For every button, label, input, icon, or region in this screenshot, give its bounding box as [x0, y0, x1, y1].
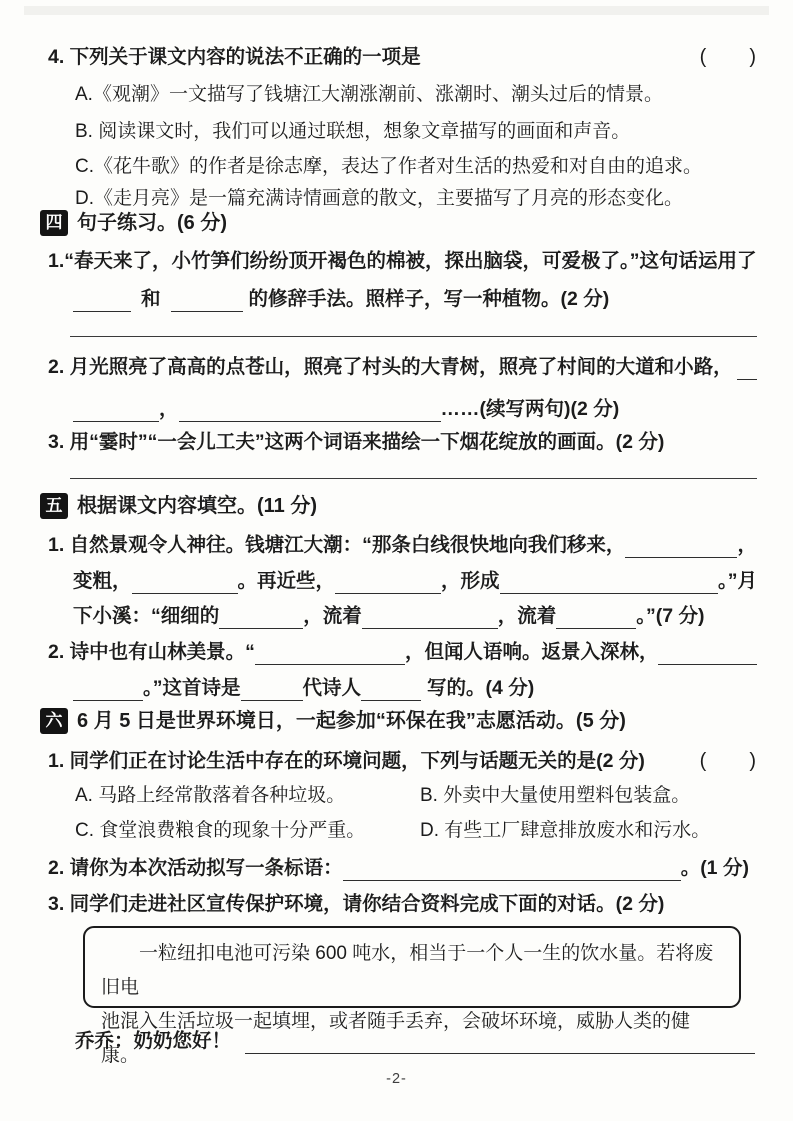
answer-blank [556, 625, 636, 629]
sec6-q1-options-row2: C. 食堂浪费粮食的现象十分严重。 D. 有些工厂肆意排放废水和污水。 [75, 818, 710, 844]
answer-line [70, 320, 757, 337]
dialog-line: 乔乔：奶奶您好！ [75, 1028, 755, 1054]
sec6-option-a: A. 马路上经常散落着各种垃圾。 [75, 783, 420, 809]
sec5-q1-j: 。”(7 分) [636, 603, 704, 629]
sec4-q1-tail: 的修辞手法。照样子，写一种植物。(2 分) [249, 286, 610, 312]
section-six-badge: 六 [40, 708, 68, 734]
sec5-q2-b: ，但闻人语响。返景入深林， [405, 639, 659, 665]
sec5-q1-f: 。”月 [718, 568, 757, 594]
question-4-option-b: B. 阅读课文时，我们可以通过联想，想象文章描写的画面和声音。 [75, 119, 630, 145]
sec4-q2-tail: ……(续写两句)(2 分) [441, 396, 620, 422]
section-six-title: 6 月 5 日是世界环境日，一起参加“环保在我”志愿活动。(5 分) [77, 708, 626, 734]
sec4-q3-text: 3. 用“霎时”“一会儿工夫”这两个词语来描绘一下烟花绽放的画面。(2 分) [48, 429, 664, 455]
scan-artifact [24, 6, 769, 15]
sec5-q1-g: 下小溪：“细细的 [73, 603, 219, 629]
answer-line [70, 462, 757, 479]
section-four-header: 四 句子练习。(6 分) [40, 210, 227, 236]
section-six-header: 六 6 月 5 日是世界环境日，一起参加“环保在我”志愿活动。(5 分) [40, 708, 626, 734]
answer-blank [361, 697, 421, 701]
sec6-q2-tail: 。(1 分) [681, 855, 749, 881]
page-footer: -2- [0, 1066, 793, 1092]
answer-blank [73, 418, 159, 422]
info-box: 一粒纽扣电池可污染 600 吨水，相当于一个人一生的饮水量。若将废旧电 池混入生… [83, 926, 741, 1008]
sec6-option-b: B. 外卖中大量使用塑料包装盒。 [420, 783, 690, 809]
answer-blank [171, 308, 243, 312]
sec6-option-d: D. 有些工厂肆意排放废水和污水。 [420, 818, 710, 844]
test-paper-page: 4. 下列关于课文内容的说法不正确的一项是 ( ) A.《观潮》一文描写了钱塘江… [0, 0, 793, 1121]
answer-blank [343, 877, 681, 881]
sec5-q1-c: 变粗， [73, 568, 132, 594]
section-five-header: 五 根据课文内容填空。(11 分) [40, 493, 317, 519]
sec6-q2-stem: 2. 请你为本次活动拟写一条标语： [48, 855, 343, 881]
answer-blank [73, 697, 143, 701]
sec6-q3-stem: 3. 同学们走进社区宣传保护环境，请你结合资料完成下面的对话。(2 分) [48, 891, 664, 917]
answer-brackets: ( ) [700, 748, 757, 774]
sec5-q1-h: ，流着 [303, 603, 362, 629]
sec5-q1-b: ， [737, 532, 757, 558]
question-4: 4. 下列关于课文内容的说法不正确的一项是 ( ) [48, 44, 757, 70]
answer-blank [335, 590, 441, 594]
sec6-option-c: C. 食堂浪费粮食的现象十分严重。 [75, 818, 420, 844]
sec4-q2-text: 2. 月光照亮了高高的点苍山，照亮了村头的大青树，照亮了村间的大道和小路， [48, 354, 733, 380]
sec6-q1-stem: 1. 同学们正在讨论生活中存在的环境问题，下列与话题无关的是(2 分) [48, 748, 645, 774]
sec5-q1-a: 1. 自然景观令人神往。钱塘江大潮：“那条白线很快地向我们移来， [48, 532, 625, 558]
sec5-q1-line1: 1. 自然景观令人神往。钱塘江大潮：“那条白线很快地向我们移来， ， [48, 532, 757, 558]
answer-blank [179, 418, 441, 422]
question-4-stem: 4. 下列关于课文内容的说法不正确的一项是 [48, 44, 421, 70]
section-four-title: 句子练习。(6 分) [77, 210, 227, 236]
sec5-q2-c: 。”这首诗是 [143, 675, 241, 701]
section-five-title: 根据课文内容填空。(11 分) [77, 493, 317, 519]
page-number: -2- [386, 1066, 407, 1092]
answer-blank [362, 625, 498, 629]
sec6-q3: 3. 同学们走进社区宣传保护环境，请你结合资料完成下面的对话。(2 分) [48, 891, 664, 917]
sec5-q2-a: 2. 诗中也有山林美景。“ [48, 639, 255, 665]
sec5-q1-e: ，形成 [441, 568, 500, 594]
sec5-q2-line1: 2. 诗中也有山林美景。“ ，但闻人语响。返景入深林， [48, 639, 757, 665]
question-4-option-a: A.《观潮》一文描写了钱塘江大潮涨潮前、涨潮时、潮头过后的情景。 [75, 82, 663, 108]
sec5-q1-line3: 下小溪：“细细的 ，流着 ，流着 。”(7 分) [73, 603, 705, 629]
sec4-q1-line1: 1.“春天来了，小竹笋们纷纷顶开褐色的棉被，探出脑袋，可爱极了。”这句话运用了 [48, 248, 757, 274]
answer-blank [132, 590, 238, 594]
answer-brackets: ( ) [700, 44, 757, 70]
dialog-speaker: 乔乔：奶奶您好！ [75, 1028, 231, 1054]
answer-blank [625, 554, 737, 558]
sec6-q1: 1. 同学们正在讨论生活中存在的环境问题，下列与话题无关的是(2 分) ( ) [48, 748, 757, 774]
answer-blank [219, 625, 303, 629]
sec4-q1-text: 1.“春天来了，小竹笋们纷纷顶开褐色的棉被，探出脑袋，可爱极了。”这句话运用了 [48, 248, 757, 274]
option-d-text: D.《走月亮》是一篇充满诗情画意的散文，主要描写了月亮的形态变化。 [75, 186, 683, 212]
answer-blank [658, 661, 757, 665]
sec4-q2-comma: ， [159, 396, 179, 422]
sec4-q3: 3. 用“霎时”“一会儿工夫”这两个词语来描绘一下烟花绽放的画面。(2 分) [48, 429, 664, 455]
question-4-option-d: D.《走月亮》是一篇充满诗情画意的散文，主要描写了月亮的形态变化。 [75, 186, 683, 212]
option-b-text: B. 阅读课文时，我们可以通过联想，想象文章描写的画面和声音。 [75, 119, 630, 145]
answer-blank [245, 1050, 755, 1054]
sec5-q1-i: ，流着 [498, 603, 557, 629]
option-a-text: A.《观潮》一文描写了钱塘江大潮涨潮前、涨潮时、潮头过后的情景。 [75, 82, 663, 108]
question-4-option-c: C.《花牛歌》的作者是徐志摩，表达了作者对生活的热爱和对自由的追求。 [75, 154, 702, 180]
answer-blank [73, 308, 131, 312]
answer-blank [255, 661, 405, 665]
sec6-q1-options-row1: A. 马路上经常散落着各种垃圾。 B. 外卖中大量使用塑料包装盒。 [75, 783, 690, 809]
sec5-q2-e: 写的。(4 分) [427, 675, 534, 701]
option-c-text: C.《花牛歌》的作者是徐志摩，表达了作者对生活的热爱和对自由的追求。 [75, 154, 702, 180]
sec5-q2-line2: 。”这首诗是 代诗人 写的。(4 分) [73, 675, 534, 701]
sec4-q1-and: 和 [141, 286, 161, 312]
sec5-q1-d: 。再近些， [238, 568, 336, 594]
sec4-q2-line1: 2. 月光照亮了高高的点苍山，照亮了村头的大青树，照亮了村间的大道和小路， [48, 354, 757, 380]
answer-blank [241, 697, 303, 701]
sec5-q1-line2: 变粗， 。再近些， ，形成 。”月 [73, 568, 757, 594]
answer-blank [737, 376, 757, 380]
section-five-badge: 五 [40, 493, 68, 519]
section-four-badge: 四 [40, 210, 68, 236]
sec4-q2-line2: ， ……(续写两句)(2 分) [73, 396, 619, 422]
answer-blank [500, 590, 718, 594]
info-box-line1: 一粒纽扣电池可污染 600 吨水，相当于一个人一生的饮水量。若将废旧电 [101, 937, 723, 1005]
sec6-q2: 2. 请你为本次活动拟写一条标语： 。(1 分) [48, 855, 749, 881]
sec5-q2-d: 代诗人 [303, 675, 362, 701]
sec4-q1-line2: 和 的修辞手法。照样子，写一种植物。(2 分) [73, 286, 609, 312]
